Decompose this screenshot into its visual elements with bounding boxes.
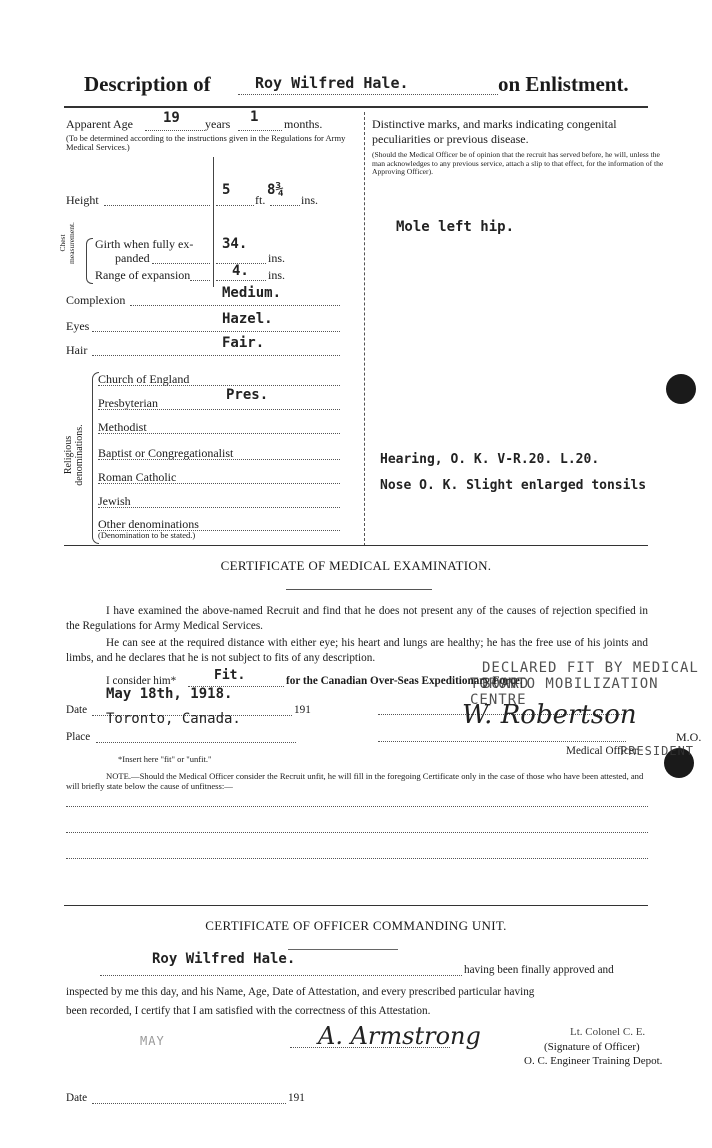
measurement-divider <box>213 157 214 287</box>
hearing-note: Hearing, O. K. V-R.20. L.20. <box>380 452 599 467</box>
years-label: years <box>205 117 230 132</box>
name-line <box>238 94 498 95</box>
chest-brace <box>86 238 93 284</box>
header-divider <box>64 106 648 108</box>
range-value: 4. <box>232 263 249 279</box>
officer-signature: A. Armstrong <box>318 1022 481 1050</box>
medical-date-suffix: 191 <box>294 703 311 718</box>
height-in-value: 8¾ <box>267 182 284 198</box>
description-suffix: on Enlistment. <box>498 72 629 97</box>
medical-date-value: May 18th, 1918. <box>106 686 232 702</box>
ins-label-range: ins. <box>268 268 285 283</box>
officer-rank: Lt. Colonel C. E. <box>570 1025 645 1040</box>
complexion-value: Medium. <box>222 285 281 301</box>
section-divider-2 <box>64 905 648 906</box>
column-divider <box>364 112 365 546</box>
age-years-line <box>145 130 205 131</box>
unfit-note: NOTE.—Should the Medical Officer conside… <box>66 771 650 791</box>
eyes-line <box>92 331 340 332</box>
range-label: Range of expansion <box>95 268 190 283</box>
unfit-line-1 <box>66 806 648 807</box>
officer-recruit-name: Roy Wilfred Hale. <box>152 951 295 967</box>
place-value: Toronto, Canada. <box>106 711 241 727</box>
range-value-line <box>216 280 266 281</box>
chest-measurement-label: Chest measurement. <box>58 218 76 268</box>
medical-officer-signature: W. Robertson <box>462 700 637 730</box>
ft-label: ft. <box>255 193 265 208</box>
age-months-value: 1 <box>250 109 258 125</box>
place-line <box>96 742 296 743</box>
religion-line <box>98 433 340 434</box>
officer-date-stamp: MAY <box>140 1034 165 1048</box>
description-prefix: Description of <box>84 72 211 97</box>
girth-label-line1: Girth when fully ex- <box>95 237 193 252</box>
recruit-name: Roy Wilfred Hale. <box>255 74 409 92</box>
hair-line <box>92 355 340 356</box>
fit-footnote: *Insert here "fit" or "unfit." <box>118 755 211 764</box>
religion-line <box>98 409 340 410</box>
nose-note: Nose O. K. Slight enlarged tonsils <box>380 478 646 493</box>
complexion-label: Complexion <box>66 293 125 308</box>
age-note: (To be determined according to the instr… <box>66 134 351 152</box>
mo-label: M.O. <box>676 730 701 745</box>
height-ft-value: 5 <box>222 182 230 198</box>
religion-line <box>98 507 340 508</box>
girth-label-line2: panded <box>115 251 150 266</box>
religion-line <box>98 459 340 460</box>
religion-group-label: Religious denominations. <box>63 405 85 505</box>
range-label-line <box>190 280 210 281</box>
religion-line <box>98 385 340 386</box>
president-stamp: PRESIDENT <box>620 744 694 758</box>
officer-sig-label: (Signature of Officer) <box>544 1040 640 1055</box>
girth-value: 34. <box>222 236 247 252</box>
medical-date-label: Date <box>66 703 87 718</box>
punch-hole-top <box>666 374 696 404</box>
officer-date-suffix: 191 <box>288 1091 305 1106</box>
unfit-line-2 <box>66 832 648 833</box>
girth-label-line <box>152 263 210 264</box>
religion-line <box>98 483 340 484</box>
complexion-line <box>130 305 340 306</box>
medical-certificate-heading: CERTIFICATE OF MEDICAL EXAMINATION. <box>64 558 648 574</box>
officer-date-line <box>92 1103 286 1104</box>
officer-name-line <box>100 975 462 976</box>
heading-rule <box>286 589 432 590</box>
ins-label-girth: ins. <box>268 251 285 266</box>
ins-label-height: ins. <box>301 193 318 208</box>
eyes-label: Eyes <box>66 319 89 334</box>
height-in-line <box>270 205 300 206</box>
mo-sig-line-2 <box>378 741 626 742</box>
apparent-age-label: Apparent Age <box>66 117 133 132</box>
height-label-line <box>104 205 210 206</box>
hair-value: Fair. <box>222 335 264 351</box>
officer-unit: O. C. Engineer Training Depot. <box>524 1054 662 1069</box>
religion-value: Pres. <box>226 387 268 403</box>
mark-1: Mole left hip. <box>396 219 514 235</box>
medical-para-1: I have examined the above-named Recruit … <box>66 604 648 634</box>
place-label: Place <box>66 730 90 745</box>
hair-label: Hair <box>66 343 87 358</box>
officer-text-1: having been finally approved and <box>464 963 614 978</box>
age-years-value: 19 <box>163 110 180 126</box>
unfit-line-3 <box>66 858 648 859</box>
consider-value: Fit. <box>214 668 245 683</box>
officer-certificate-heading: CERTIFICATE OF OFFICER COMMANDING UNIT. <box>64 918 648 934</box>
officer-text-2: inspected by me this day, and his Name, … <box>66 985 650 1000</box>
eyes-value: Hazel. <box>222 311 273 327</box>
marks-note: (Should the Medical Officer be of opinio… <box>372 151 672 177</box>
denomination-note: (Denomination to be stated.) <box>98 531 195 540</box>
age-months-line <box>238 130 282 131</box>
officer-date-label: Date <box>66 1091 87 1106</box>
months-label: months. <box>284 117 322 132</box>
officer-text-3: been recorded, I certify that I am satis… <box>66 1004 650 1019</box>
section-divider-1 <box>64 545 648 546</box>
height-ft-line <box>216 205 254 206</box>
officer-heading-rule <box>288 949 398 950</box>
marks-title: Distinctive marks, and marks indicating … <box>372 117 672 147</box>
height-label: Height <box>66 193 99 208</box>
